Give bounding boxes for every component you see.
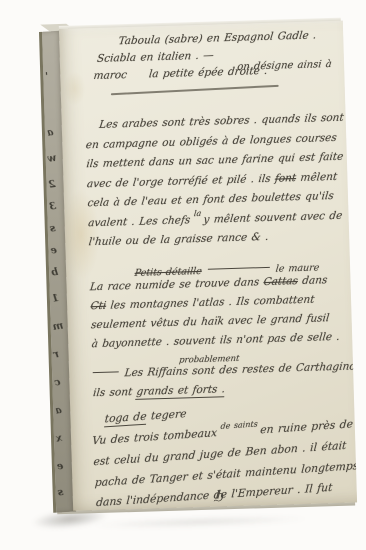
edge-mark: 2 (48, 179, 56, 191)
edge-mark: ' (45, 71, 49, 82)
edge-mark: m (52, 321, 64, 333)
edge-mark: b (51, 267, 59, 279)
photo-background: ' a w 2 3 s e b 1 m r c a x e s Taboula … (0, 0, 366, 550)
edge-mark: s (57, 487, 64, 499)
edge-mark: a (46, 127, 54, 139)
edge-mark: s (49, 223, 56, 235)
underlined-phrase: grands et forts . (136, 383, 226, 400)
struck-word: Cti (90, 300, 107, 313)
edge-mark: e (56, 461, 63, 473)
struck-word: Cattas (263, 275, 299, 288)
dash-stroke (208, 267, 270, 270)
edge-mark: w (47, 153, 57, 165)
edge-mark: a (55, 405, 63, 417)
canvas-print: ' a w 2 3 s e b 1 m r c a x e s Taboula … (39, 21, 357, 512)
inserted-word: la (193, 203, 202, 223)
edge-mark: r (53, 349, 59, 361)
edge-mark: x (56, 433, 63, 445)
underlined-phrase: toga de (104, 410, 147, 428)
edge-mark: c (54, 377, 61, 389)
edge-mark: e (50, 245, 57, 257)
manuscript-text: Taboula (sabre) en Espagnol Gadle . Scia… (59, 21, 357, 511)
dash-stroke (93, 371, 119, 373)
struck-word: font (274, 172, 297, 185)
separator-rule (111, 85, 279, 95)
manuscript-page: Taboula (sabre) en Espagnol Gadle . Scia… (59, 21, 357, 511)
inserted-word: de saints (220, 414, 259, 437)
note-section-vocabulary: Taboula (sabre) en Espagnol Gadle . Scia… (81, 27, 341, 95)
note-section-arabes: Les arabes sont très sobres . quands ils… (84, 109, 346, 253)
edge-mark: 3 (49, 201, 57, 213)
note-section-numides: Petits détaillele maure La race numide s… (88, 258, 350, 404)
edge-mark: 1 (51, 293, 59, 305)
paraph-mark: Ϧ (214, 486, 226, 502)
